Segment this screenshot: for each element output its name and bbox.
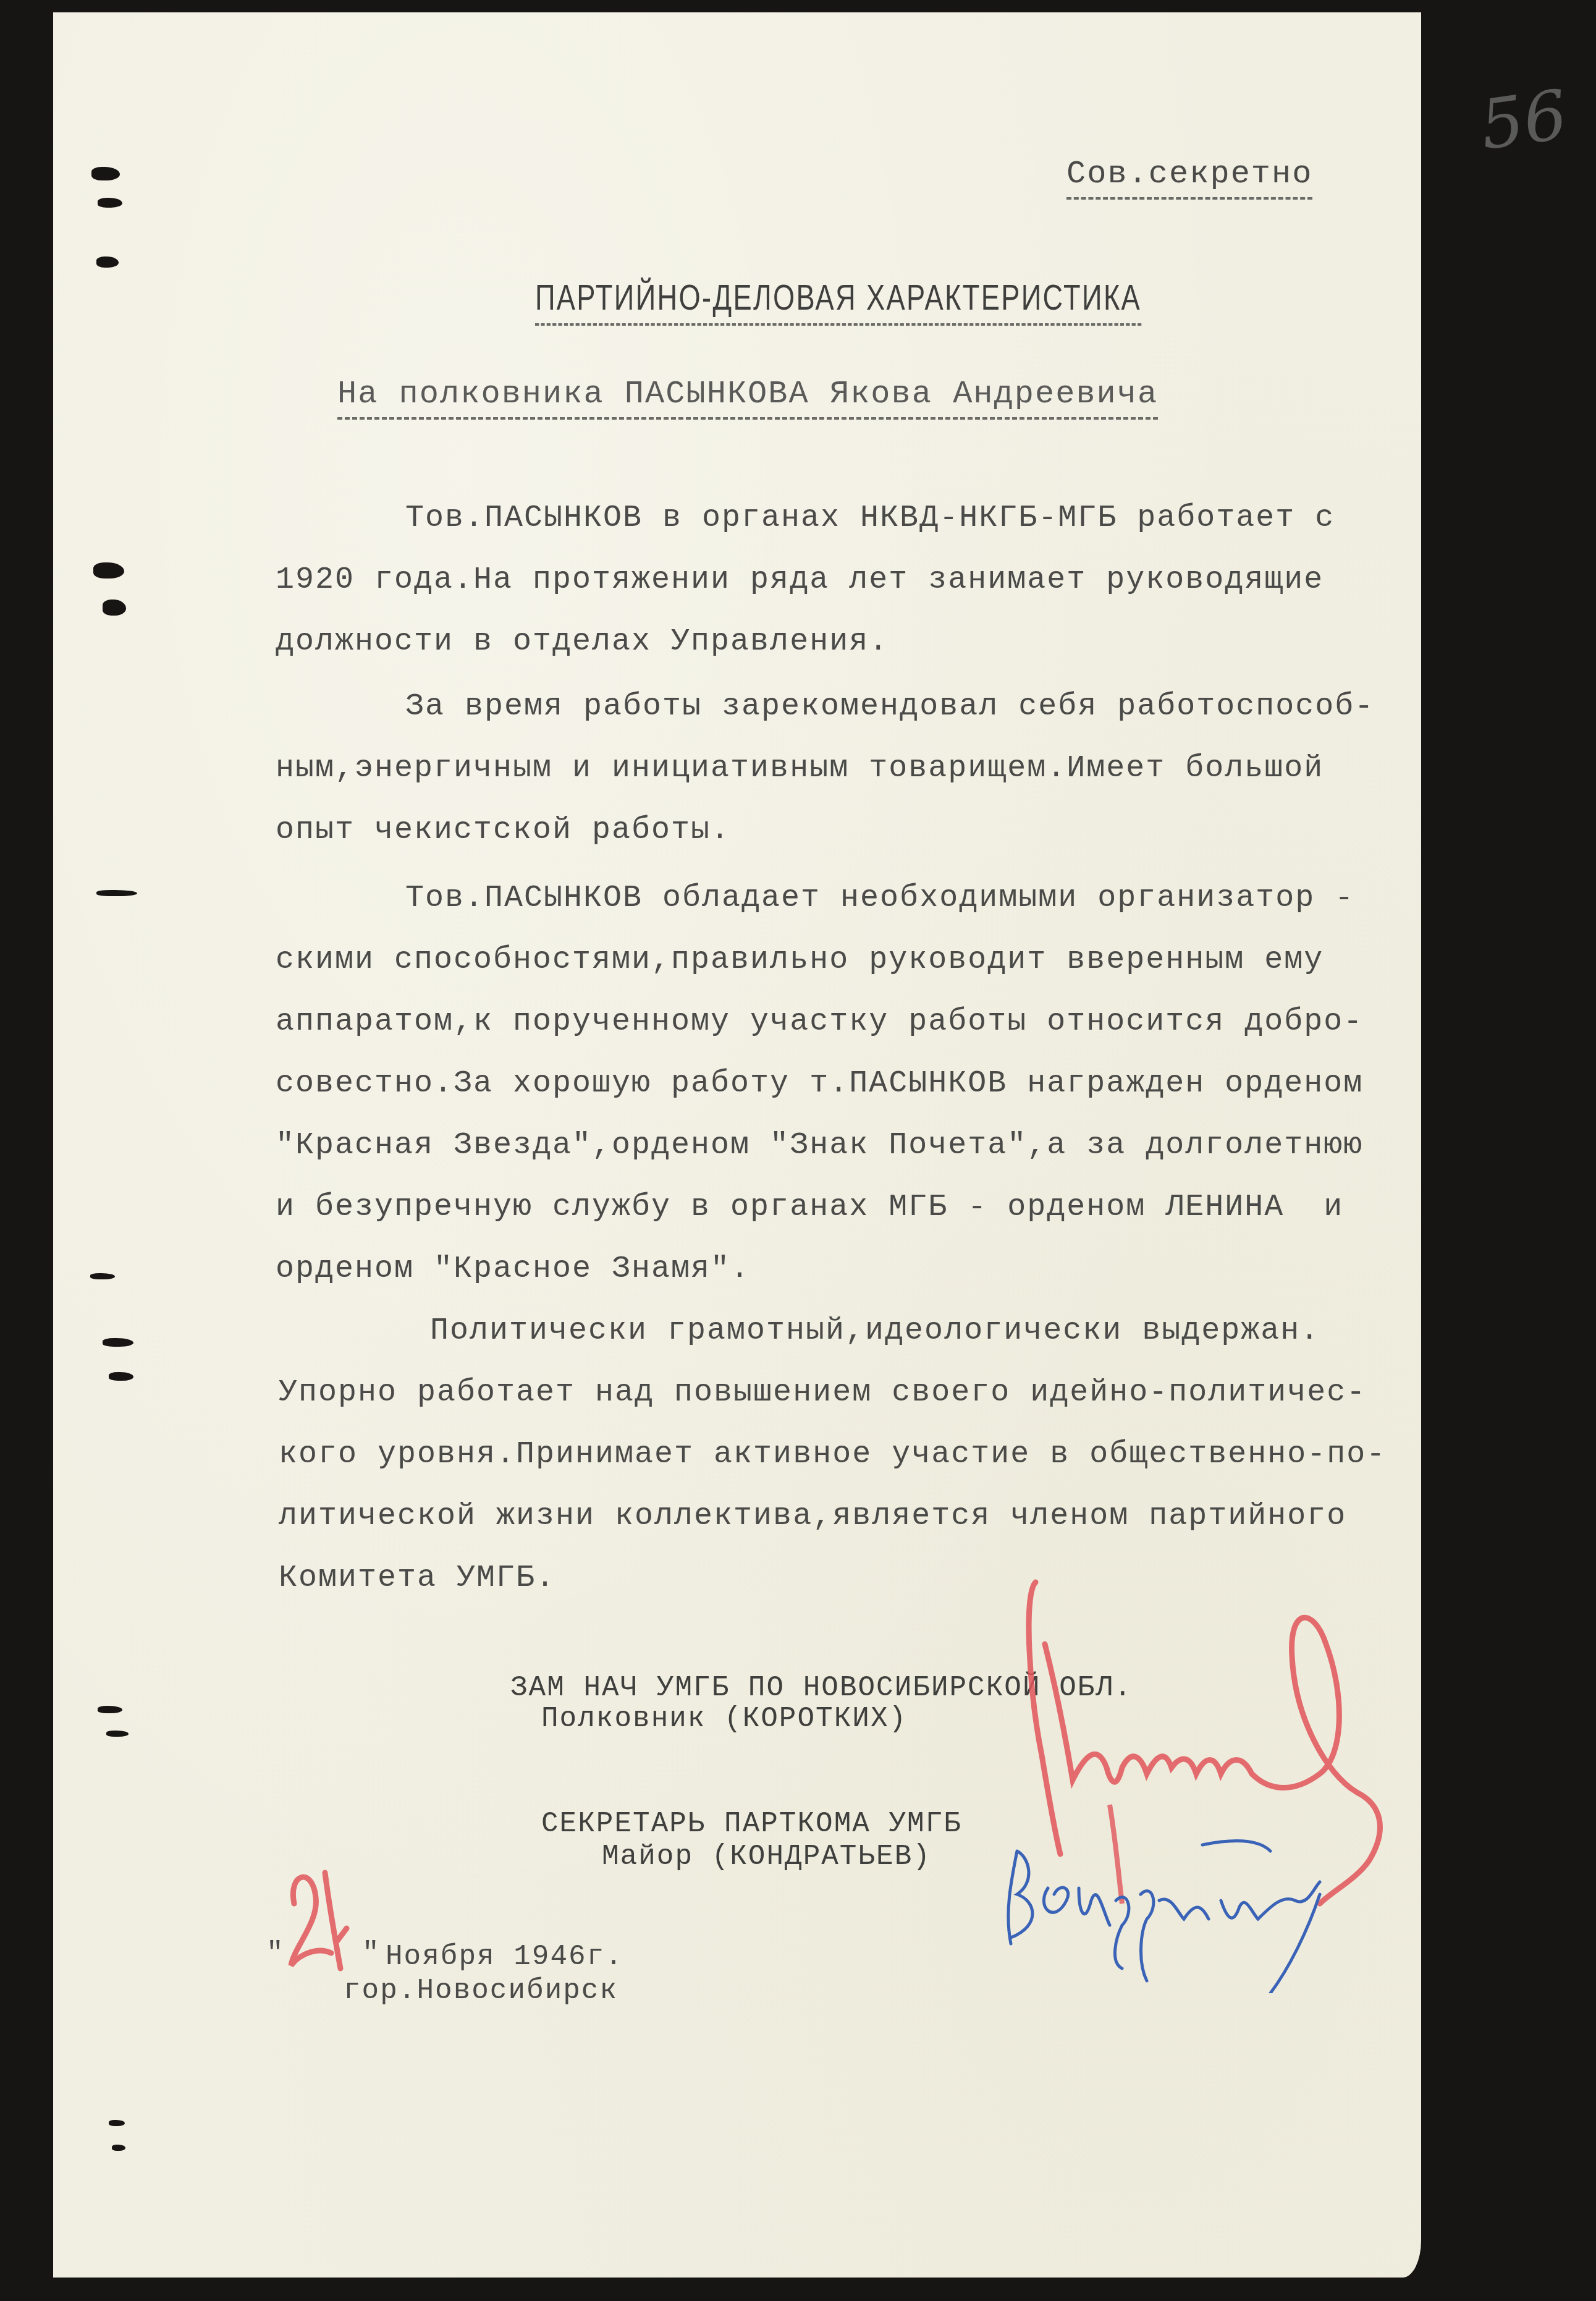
paragraph-4-line-4: литической жизни коллектива,является чле… [279,1499,1346,1534]
paragraph-2-line-2: ным,энергичным и инициативным товарищем.… [276,751,1324,786]
date-quote-close: " [362,1938,381,1970]
binding-hole [109,1372,133,1381]
paragraph-3-line-1: Тов.ПАСЫНКОВ обладает необходимыми орган… [405,881,1354,916]
paragraph-1-line-2: 1920 года.На протяжении ряда лет занимае… [276,562,1324,598]
date-place: гор.Новосибирск [344,1975,618,2007]
signatory-2-position: СЕКРЕТАРЬ ПАРТКОМА УМГБ [541,1808,962,1840]
binding-hole [106,1731,129,1737]
paragraph-3-line-5: "Красная Звезда",орденом "Знак Почета",а… [276,1128,1363,1163]
paragraph-4-line-3: кого уровня.Принимает активное участие в… [279,1437,1386,1472]
binding-hole [91,167,120,180]
signatory-2-rank-name: Майор (КОНДРАТЬЕВ) [602,1841,931,1873]
document-page: 56 Сов.секретно ПАРТИЙНО-ДЕЛОВАЯ ХАРАКТЕ… [53,12,1421,2278]
binding-hole [98,1706,122,1713]
binding-hole [96,890,137,896]
paragraph-2-line-1: За время работы зарекомендовал себя рабо… [405,689,1374,724]
paragraph-2-line-3: опыт чекистской работы. [276,813,730,848]
paragraph-4-line-1: Политически грамотный,идеологически выде… [430,1313,1320,1349]
blue-signature-kondratyev [999,1833,1345,1993]
binding-hole [98,198,122,208]
paragraph-4-line-5: Комитета УМГБ. [279,1561,555,1596]
page-number: 56 [1476,75,1572,165]
paragraph-4-line-2: Упорно работает над повышением своего ид… [279,1375,1366,1410]
classification-label: Сов.секретно [1066,156,1312,200]
document-title: ПАРТИЙНО-ДЕЛОВАЯ ХАРАКТЕРИСТИКА [535,277,1141,326]
date-month-year: Ноября 1946г. [386,1941,623,1973]
paragraph-3-line-7: орденом "Красное Знамя". [276,1252,750,1287]
signatory-1-rank-name: Полковник (КОРОТКИХ) [541,1703,907,1735]
handwritten-day [282,1860,350,1978]
paragraph-3-line-2: скими способностями,правильно руководит … [276,943,1324,978]
binding-hole [103,1338,133,1347]
paragraph-1-line-1: Тов.ПАСЫНКОВ в органах НКВД-НКГБ-МГБ раб… [405,501,1335,536]
binding-hole [96,256,119,268]
paragraph-3-line-3: аппаратом,к порученному участку работы о… [276,1004,1363,1040]
binding-hole [109,2120,125,2126]
binding-hole [112,2145,125,2151]
paragraph-1-line-3: должности в отделах Управления. [276,624,889,659]
binding-hole [90,1273,115,1279]
paragraph-3-line-6: и безупречную службу в органах МГБ - орд… [276,1190,1343,1225]
binding-hole [103,600,126,616]
paragraph-3-line-4: совестно.За хорошую работу т.ПАСЫНКОВ на… [276,1066,1363,1101]
document-subtitle: На полковника ПАСЫНКОВА Якова Андреевича [337,376,1158,420]
binding-hole [93,562,124,578]
